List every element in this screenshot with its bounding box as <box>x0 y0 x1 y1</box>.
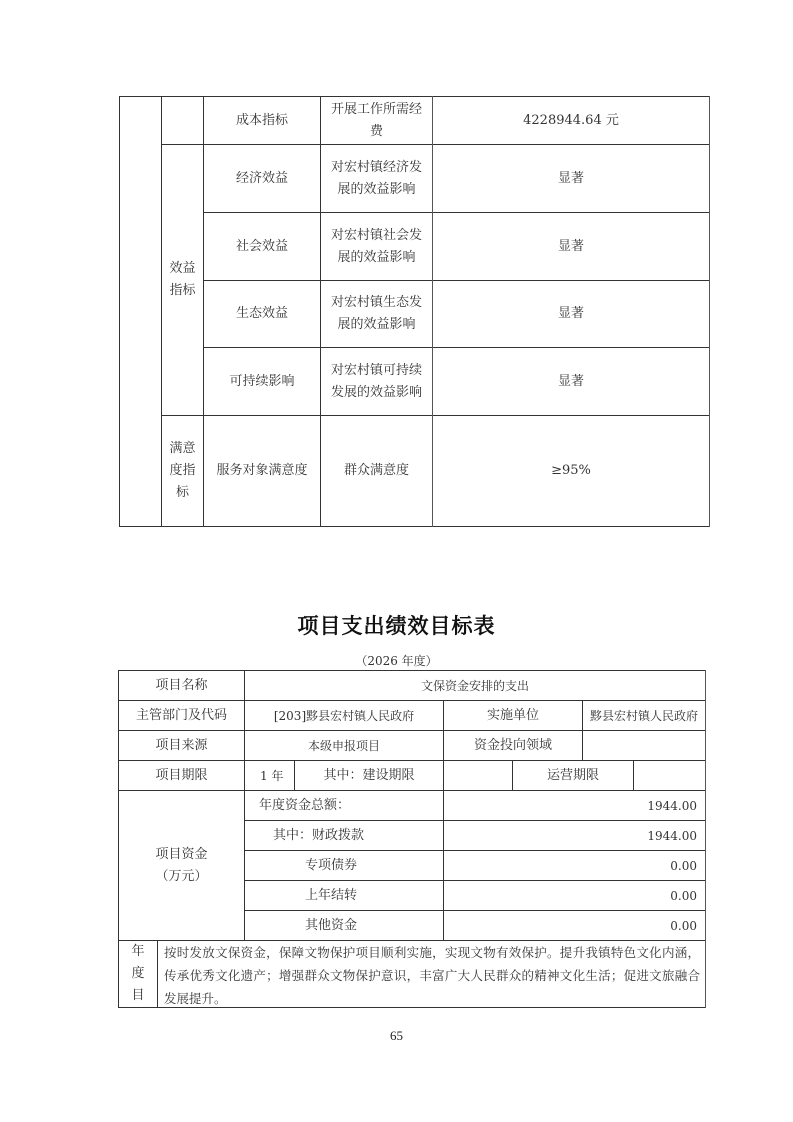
construction-period-label: 其中：建设期限 <box>295 761 443 790</box>
category-line: 标 <box>176 482 189 504</box>
construction-period-value <box>444 761 512 790</box>
sub-indicator-line: 展的效益影响 <box>337 247 415 269</box>
indicator-ecological: 生态效益 <box>204 281 320 347</box>
project-period-label: 项目期限 <box>119 761 244 790</box>
value-text: 0.00 <box>670 885 697 907</box>
sub-indicator-cost: 开展工作所需经 费 <box>321 97 432 144</box>
sub-indicator-line: 对宏村镇社会发 <box>331 225 422 247</box>
label-char: 年 <box>131 941 144 963</box>
implementing-unit-value: 黟县宏村镇人民政府 <box>583 701 705 730</box>
annual-goal-label: 年 度 目 <box>119 941 157 1007</box>
value-text: [203]黟县宏村镇人民政府 <box>274 705 414 727</box>
label-text: 资金投向领域 <box>474 735 552 757</box>
value-ecological: 显著 <box>433 281 709 347</box>
fund-special-bond-value: 0.00 <box>444 851 705 880</box>
project-source-value: 本级申报项目 <box>245 731 443 760</box>
project-period-value: 1 年 <box>245 761 294 790</box>
sub-indicator-line: 发展的效益影响 <box>331 382 422 404</box>
fund-total-value: 1944.00 <box>444 791 705 820</box>
indicator-satisfaction: 服务对象满意度 <box>204 416 320 526</box>
label-text: 项目名称 <box>155 675 207 697</box>
label-text: 专项债券 <box>305 855 357 877</box>
label-text: 其中：建设期限 <box>323 765 414 787</box>
indicator-label: 社会效益 <box>236 236 288 258</box>
fund-field-label: 资金投向领域 <box>444 731 582 760</box>
label-text: 其他资金 <box>305 915 357 937</box>
fund-fiscal-label: 其中：财政拨款 <box>245 821 443 850</box>
label-char: 目 <box>131 985 144 1007</box>
project-name-label: 项目名称 <box>119 671 244 700</box>
label-text: 运营期限 <box>547 765 599 787</box>
department-label: 主管部门及代码 <box>119 701 244 730</box>
sub-indicator-line: 展的效益影响 <box>337 179 415 201</box>
indicator-value: 显著 <box>558 236 584 258</box>
value-text: 1944.00 <box>647 825 697 847</box>
indicator-label: 服务对象满意度 <box>216 460 307 482</box>
page-title: 项目支出绩效目标表 <box>0 610 793 640</box>
value-economic: 显著 <box>433 145 709 212</box>
indicator-economic: 经济效益 <box>204 145 320 212</box>
value-text: 0.00 <box>670 855 697 877</box>
category-benefit: 效益 指标 <box>162 145 203 415</box>
indicator-value: 显著 <box>558 303 584 325</box>
indicator-sustainable: 可持续影响 <box>204 348 320 415</box>
indicator-value: 显著 <box>558 168 584 190</box>
indicator-value: 显著 <box>558 371 584 393</box>
value-text: 黟县宏村镇人民政府 <box>590 705 698 727</box>
sub-indicator-social: 对宏村镇社会发 展的效益影响 <box>321 213 432 280</box>
category-line: 度指 <box>169 460 195 482</box>
fund-carryover-label: 上年结转 <box>245 881 443 910</box>
department-value: [203]黟县宏村镇人民政府 <box>245 701 443 730</box>
value-text: 0.00 <box>670 915 697 937</box>
indicator-value: 4228944.64 元 <box>523 110 619 132</box>
sub-indicator-sustainable: 对宏村镇可持续 发展的效益影响 <box>321 348 432 415</box>
category-line: 满意 <box>169 438 195 460</box>
label-text: 项目资金 <box>155 844 207 866</box>
project-name-value: 文保资金安排的支出 <box>245 671 705 700</box>
indicator-label: 经济效益 <box>236 168 288 190</box>
sub-indicator-line: 费 <box>370 121 383 143</box>
operation-period-value <box>634 761 705 790</box>
annual-goal-text: 按时发放文保资金，保障文物保护项目顺利实施，实现文物有效保护。提升我镇特色文化内… <box>164 941 700 1010</box>
fund-other-label: 其他资金 <box>245 911 443 940</box>
fund-fiscal-value: 1944.00 <box>444 821 705 850</box>
sub-indicator-line: 对宏村镇经济发 <box>331 157 422 179</box>
fund-total-label: 年度资金总额： <box>245 791 443 820</box>
label-text: 主管部门及代码 <box>136 705 227 727</box>
indicator-label: 可持续影响 <box>229 371 294 393</box>
label-text: 实施单位 <box>487 705 539 727</box>
sub-indicator-line: 开展工作所需经 <box>331 99 422 121</box>
category-satisfaction: 满意 度指 标 <box>162 416 203 526</box>
label-text: （万元） <box>155 866 207 888</box>
value-social: 显著 <box>433 213 709 280</box>
value-satisfaction: ≥95% <box>433 416 709 526</box>
value-sustainable: 显著 <box>433 348 709 415</box>
sub-indicator-satisfaction: 群众满意度 <box>321 416 432 526</box>
indicator-label: 成本指标 <box>236 110 288 132</box>
indicator-value: ≥95% <box>551 460 591 482</box>
fund-carryover-value: 0.00 <box>444 881 705 910</box>
implementing-unit-label: 实施单位 <box>444 701 582 730</box>
indicator-label: 生态效益 <box>236 303 288 325</box>
sub-indicator-line: 群众满意度 <box>344 460 409 482</box>
sub-indicator-line: 对宏村镇可持续 <box>331 360 422 382</box>
value-cost: 4228944.64 元 <box>433 97 709 144</box>
operation-period-label: 运营期限 <box>513 761 633 790</box>
indicator-social: 社会效益 <box>204 213 320 280</box>
sub-indicator-line: 对宏村镇生态发 <box>331 292 422 314</box>
value-text: 文保资金安排的支出 <box>421 675 529 697</box>
label-text: 其中：财政拨款 <box>273 825 364 847</box>
fiscal-year-subtitle: （2026 年度） <box>0 652 793 669</box>
label-text: 上年结转 <box>305 885 357 907</box>
category-line: 指标 <box>169 280 195 302</box>
value-text: 1944.00 <box>647 795 697 817</box>
label-text: 项目来源 <box>155 735 207 757</box>
project-source-label: 项目来源 <box>119 731 244 760</box>
value-text: 本级申报项目 <box>308 735 380 757</box>
label-text: 年度资金总额： <box>259 795 350 817</box>
sub-indicator-economic: 对宏村镇经济发 展的效益影响 <box>321 145 432 212</box>
label-text: 项目期限 <box>155 765 207 787</box>
page-number: 65 <box>0 1028 793 1044</box>
sub-indicator-line: 展的效益影响 <box>337 314 415 336</box>
fund-other-value: 0.00 <box>444 911 705 940</box>
sub-indicator-ecological: 对宏村镇生态发 展的效益影响 <box>321 281 432 347</box>
label-char: 度 <box>131 963 144 985</box>
fund-special-bond-label: 专项债券 <box>245 851 443 880</box>
project-funds-label: 项目资金 （万元） <box>119 791 244 940</box>
fund-field-value <box>583 731 705 760</box>
indicator-cost: 成本指标 <box>204 97 320 144</box>
category-line: 效益 <box>169 258 195 280</box>
value-text: 1 年 <box>260 765 283 787</box>
